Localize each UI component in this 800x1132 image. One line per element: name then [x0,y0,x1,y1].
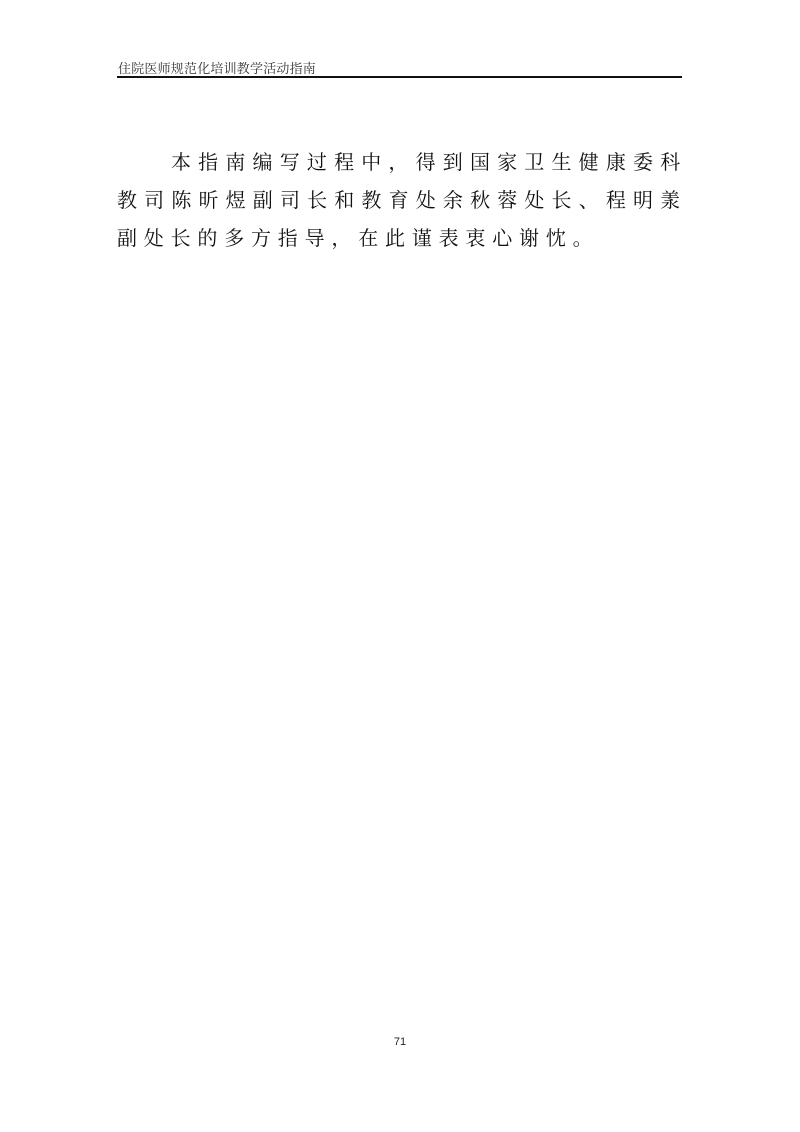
acknowledgement-body: 本指南编写过程中，得到国家卫生健康委科教司陈昕煜副司长和教育处余秋蓉处长、程明羕… [117,143,687,257]
header-divider [117,76,682,78]
running-header-title: 住院医师规范化培训教学活动指南 [118,58,316,77]
page-number: 71 [0,1036,800,1048]
acknowledgement-paragraph: 本指南编写过程中，得到国家卫生健康委科教司陈昕煜副司长和教育处余秋蓉处长、程明羕… [117,143,687,257]
